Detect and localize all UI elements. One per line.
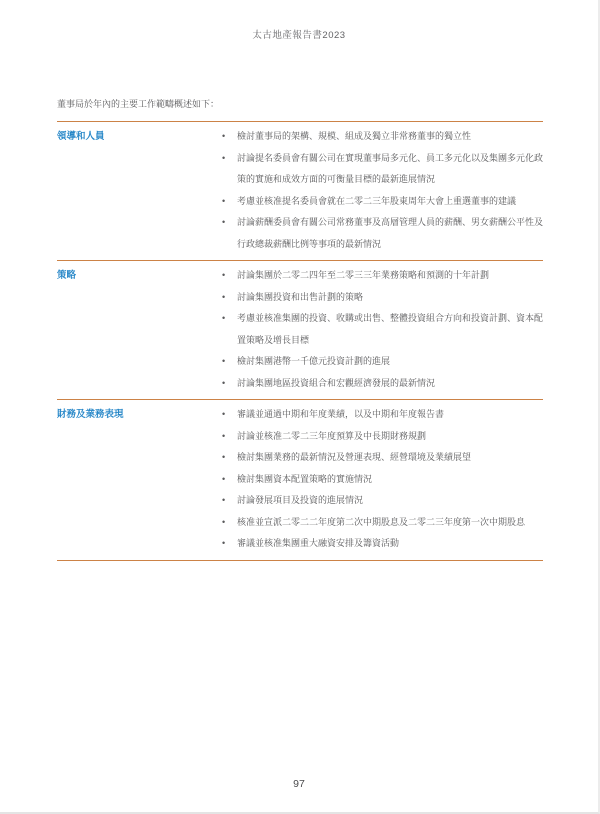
bullet-icon: • (222, 126, 237, 148)
bullet-icon: • (222, 212, 237, 234)
bullet-icon: • (222, 373, 237, 395)
list-item: • 審議並通過中期和年度業績，以及中期和年度報告書 (222, 404, 543, 426)
page-number: 97 (0, 778, 598, 790)
bullet-text: 檢討董事局的架構、規模、組成及獨立非常務董事的獨立性 (237, 126, 543, 148)
bullet-text: 檢討集團業務的最新情況及營運表現、經營環境及業績展望 (237, 447, 543, 469)
bullet-icon: • (222, 148, 237, 170)
table-row: 財務及業務表現 • 審議並通過中期和年度業績，以及中期和年度報告書 • 討論並核… (57, 400, 543, 561)
bullet-text: 討論集團投資和出售計劃的策略 (237, 287, 543, 309)
bullet-icon: • (222, 191, 237, 213)
list-item: • 核准並宣派二零二二年度第二次中期股息及二零二三年度第一次中期股息 (222, 512, 543, 534)
row-bullets: • 討論集團於二零二四年至二零三三年業務策略和預測的十年計劃 • 討論集團投資和… (222, 265, 543, 394)
list-item: • 討論並核准二零二三年度預算及中長期財務規劃 (222, 426, 543, 448)
bullet-text: 討論薪酬委員會有關公司常務董事及高層管理人員的薪酬、男女薪酬公平性及行政總裁薪酬… (237, 212, 543, 255)
list-item: • 檢討集團業務的最新情況及營運表現、經營環境及業績展望 (222, 447, 543, 469)
row-bullets: • 審議並通過中期和年度業績，以及中期和年度報告書 • 討論並核准二零二三年度預… (222, 404, 543, 555)
bullet-list: • 檢討董事局的架構、規模、組成及獨立非常務董事的獨立性 • 討論提名委員會有關… (222, 126, 543, 255)
report-title: 太古地產報告書2023 (0, 27, 598, 41)
bullet-text: 討論集團於二零二四年至二零三三年業務策略和預測的十年計劃 (237, 265, 543, 287)
board-work-table: 領導和人員 • 檢討董事局的架構、規模、組成及獨立非常務董事的獨立性 • 討論提… (57, 121, 543, 561)
bullet-text: 考慮並核准提名委員會就在二零二三年股東周年大會上重選董事的建議 (237, 191, 543, 213)
table-row: 領導和人員 • 檢討董事局的架構、規模、組成及獨立非常務董事的獨立性 • 討論提… (57, 122, 543, 261)
bullet-icon: • (222, 469, 237, 491)
bullet-icon: • (222, 308, 237, 330)
list-item: • 討論集團地區投資組合和宏觀經濟發展的最新情況 (222, 373, 543, 395)
bullet-list: • 討論集團於二零二四年至二零三三年業務策略和預測的十年計劃 • 討論集團投資和… (222, 265, 543, 394)
bullet-text: 審議並通過中期和年度業績，以及中期和年度報告書 (237, 404, 543, 426)
list-item: • 考慮並核准集團的投資、收購或出售、整體投資組合方向和投資計劃、資本配置策略及… (222, 308, 543, 351)
bullet-text: 討論發展項目及投資的進展情況 (237, 490, 543, 512)
row-heading-strategy: 策略 (57, 265, 222, 394)
row-heading-financial-performance: 財務及業務表現 (57, 404, 222, 555)
list-item: • 檢討集團資本配置策略的實施情況 (222, 469, 543, 491)
bullet-icon: • (222, 512, 237, 534)
bullet-text: 考慮並核准集團的投資、收購或出售、整體投資組合方向和投資計劃、資本配置策略及增長… (237, 308, 543, 351)
list-item: • 考慮並核准提名委員會就在二零二三年股東周年大會上重選董事的建議 (222, 191, 543, 213)
bullet-text: 檢討集團資本配置策略的實施情況 (237, 469, 543, 491)
list-item: • 討論薪酬委員會有關公司常務董事及高層管理人員的薪酬、男女薪酬公平性及行政總裁… (222, 212, 543, 255)
bullet-text: 討論集團地區投資組合和宏觀經濟發展的最新情況 (237, 373, 543, 395)
list-item: • 檢討董事局的架構、規模、組成及獨立非常務董事的獨立性 (222, 126, 543, 148)
bullet-list: • 審議並通過中期和年度業績，以及中期和年度報告書 • 討論並核准二零二三年度預… (222, 404, 543, 555)
list-item: • 討論集團於二零二四年至二零三三年業務策略和預測的十年計劃 (222, 265, 543, 287)
bullet-text: 檢討集團港幣一千億元投資計劃的進展 (237, 351, 543, 373)
list-item: • 討論發展項目及投資的進展情況 (222, 490, 543, 512)
row-heading-leadership: 領導和人員 (57, 126, 222, 255)
list-item: • 檢討集團港幣一千億元投資計劃的進展 (222, 351, 543, 373)
bullet-icon: • (222, 287, 237, 309)
bullet-icon: • (222, 533, 237, 555)
row-bullets: • 檢討董事局的架構、規模、組成及獨立非常務董事的獨立性 • 討論提名委員會有關… (222, 126, 543, 255)
bullet-icon: • (222, 351, 237, 373)
report-page: 太古地產報告書2023 董事局於年內的主要工作範疇概述如下： 領導和人員 • 檢… (0, 0, 600, 814)
bullet-icon: • (222, 404, 237, 426)
intro-text: 董事局於年內的主要工作範疇概述如下： (57, 97, 219, 110)
list-item: • 審議並核准集團重大融資安排及籌資活動 (222, 533, 543, 555)
bullet-icon: • (222, 426, 237, 448)
bullet-text: 審議並核准集團重大融資安排及籌資活動 (237, 533, 543, 555)
bullet-icon: • (222, 447, 237, 469)
table-row: 策略 • 討論集團於二零二四年至二零三三年業務策略和預測的十年計劃 • 討論集團… (57, 261, 543, 400)
list-item: • 討論集團投資和出售計劃的策略 (222, 287, 543, 309)
bullet-icon: • (222, 490, 237, 512)
list-item: • 討論提名委員會有關公司在實現董事局多元化、員工多元化以及集團多元化政策的實施… (222, 148, 543, 191)
bullet-text: 討論並核准二零二三年度預算及中長期財務規劃 (237, 426, 543, 448)
bullet-text: 核准並宣派二零二二年度第二次中期股息及二零二三年度第一次中期股息 (237, 512, 543, 534)
bullet-icon: • (222, 265, 237, 287)
bullet-text: 討論提名委員會有關公司在實現董事局多元化、員工多元化以及集團多元化政策的實施和成… (237, 148, 543, 191)
